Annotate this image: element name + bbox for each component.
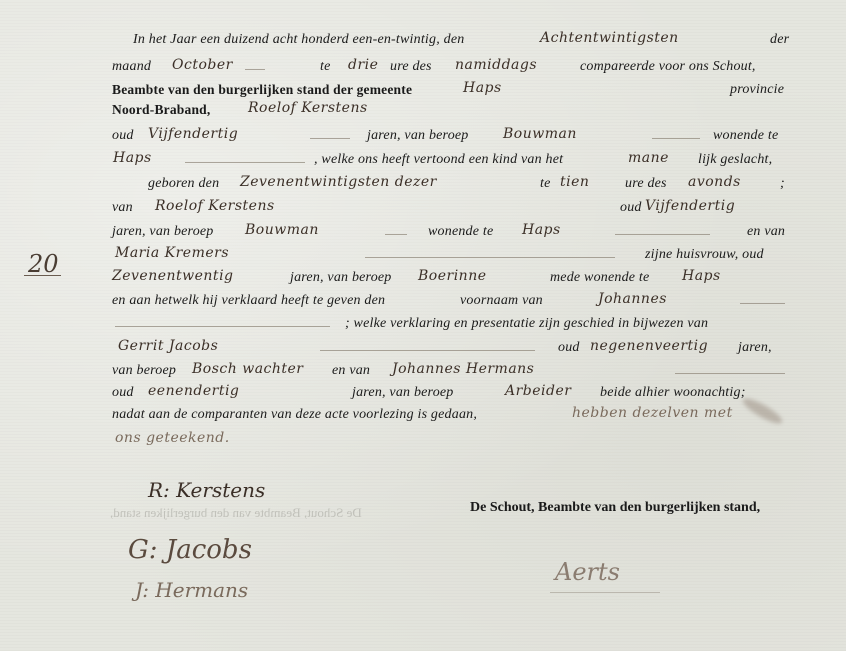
printed-text: oud [620,200,642,216]
handwritten-text: Bosch wachter [192,361,304,377]
handwritten-text: Haps [463,80,502,96]
official-caption: De Schout, Beambte van den burgerlijken … [470,500,760,516]
text-line: ons geteekend. [0,430,846,452]
handwritten-text: Boerinne [418,268,487,284]
handwritten-text: Johannes [598,291,667,307]
fill-line [185,162,305,163]
handwritten-text: Maria Kremers [115,245,229,261]
handwritten-text: negenenveertig [590,338,708,354]
printed-text: wonende te [713,128,778,144]
printed-text: oud [112,385,134,401]
text-line: en aan hetwelk hij verklaard heeft te ge… [0,291,846,313]
text-line: ; welke verklaring en presentatie zijn g… [0,314,846,336]
handwritten-text: avonds [688,174,741,190]
signature-underline [550,592,660,593]
printed-text: lijk geslacht, [698,152,772,168]
printed-text: jaren, van beroep [290,270,392,286]
fill-line [675,373,785,374]
printed-text: der [770,32,789,48]
printed-text: jaren, [738,340,772,356]
printed-text: nadat aan de comparanten van deze acte v… [112,407,477,423]
signature-witness-1: G: Jacobs [128,535,252,565]
handwritten-text: Haps [522,222,561,238]
printed-text: compareerde voor ons Schout, [580,59,756,75]
text-line: oud eenendertig jaren, van beroep Arbeid… [0,383,846,405]
printed-text: , welke ons heeft vertoond een kind van … [314,152,563,168]
text-line: Beambte van den burgerlijken stand der g… [0,80,846,102]
printed-text: van [112,200,133,216]
printed-text: ure des [625,176,667,192]
handwritten-text: Roelof Kerstens [155,198,275,214]
text-line: van beroep Bosch wachter en van Johannes… [0,361,846,383]
handwritten-text: Vijfendertig [148,126,238,142]
printed-text: ure des [390,59,432,75]
printed-text: oud [112,128,134,144]
handwritten-text: Zevenentwintigsten dezer [240,174,437,190]
printed-text: zijne huisvrouw, oud [645,247,764,263]
handwritten-text: Haps [113,150,152,166]
text-line: van Roelof Kerstens oud Vijfendertig [0,198,846,220]
handwritten-text: ons geteekend. [115,430,230,446]
handwritten-text: Gerrit Jacobs [118,338,218,354]
printed-text: voornaam van [460,293,543,309]
printed-text: ; [780,176,785,192]
printed-text: te [540,176,551,192]
fill-line [385,234,407,235]
handwritten-text: Johannes Hermans [392,361,534,377]
handwritten-text: Arbeider [505,383,571,399]
printed-text: oud [558,340,580,356]
text-line: maand October te drie ure des namiddags … [0,57,846,79]
handwritten-text: Achtentwintigsten [540,30,679,46]
text-line: Gerrit Jacobs oud negenenveertig jaren, [0,338,846,360]
handwritten-text: drie [348,57,378,73]
text-line: Zevenentwentig jaren, van beroep Boerinn… [0,268,846,290]
handwritten-text: namiddags [455,57,537,73]
printed-text: jaren, van beroep [352,385,454,401]
printed-text: jaren, van beroep [367,128,469,144]
printed-text: van beroep [112,363,176,379]
signature-witness-2: J: Hermans [135,578,248,602]
bleed-through-text: De Schout, Beambte van den burgerlijken … [110,505,362,521]
text-line: Noord-Braband, Roelof Kerstens [0,100,846,122]
handwritten-text: Bouwman [245,222,319,238]
fill-line [245,69,265,70]
fill-line [740,303,785,304]
handwritten-text: Zevenentwentig [112,268,234,284]
printed-text: mede wonende te [550,270,649,286]
text-line: Maria Kremers zijne huisvrouw, oud [0,245,846,267]
fill-line [365,257,615,258]
printed-text: en van [332,363,370,379]
fill-line [615,234,710,235]
fill-line [115,326,330,327]
signature-official: Aerts [555,558,620,586]
handwritten-text: Haps [682,268,721,284]
printed-text: Beambte van den burgerlijken stand der g… [112,82,412,98]
fill-line [310,138,350,139]
handwritten-text: October [172,57,233,73]
printed-text: beide alhier woonachtig; [600,385,746,401]
handwritten-text: Vijfendertig [645,198,735,214]
text-line: geboren den Zevenentwintigsten dezer te … [0,174,846,196]
printed-text: geboren den [148,176,219,192]
handwritten-text: Roelof Kerstens [248,100,368,116]
text-line: nadat aan de comparanten van deze acte v… [0,405,846,427]
fill-line [320,350,535,351]
printed-text: ; welke verklaring en presentatie zijn g… [345,316,708,332]
printed-text: In het Jaar een duizend acht honderd een… [133,32,464,48]
printed-text: jaren, van beroep [112,224,214,240]
fill-line [652,138,700,139]
printed-text: Noord-Braband, [112,102,210,118]
printed-text: en aan hetwelk hij verklaard heeft te ge… [112,293,385,309]
handwritten-text: Bouwman [503,126,577,142]
printed-text: te [320,59,331,75]
handwritten-text: eenendertig [148,383,239,399]
text-line: In het Jaar een duizend acht honderd een… [0,30,846,52]
printed-text: wonende te [428,224,493,240]
handwritten-text: hebben dezelven met [572,405,733,421]
printed-text: maand [112,59,151,75]
printed-text: en van [747,224,785,240]
text-line: Haps , welke ons heeft vertoond een kind… [0,150,846,172]
text-line: oud Vijfendertig jaren, van beroep Bouwm… [0,126,846,148]
handwritten-text: tien [560,174,589,190]
handwritten-text: mane [628,150,669,166]
text-line: jaren, van beroep Bouwman wonende te Hap… [0,222,846,244]
signature-declarant: R: Kerstens [148,478,265,502]
printed-text: provincie [730,82,784,98]
